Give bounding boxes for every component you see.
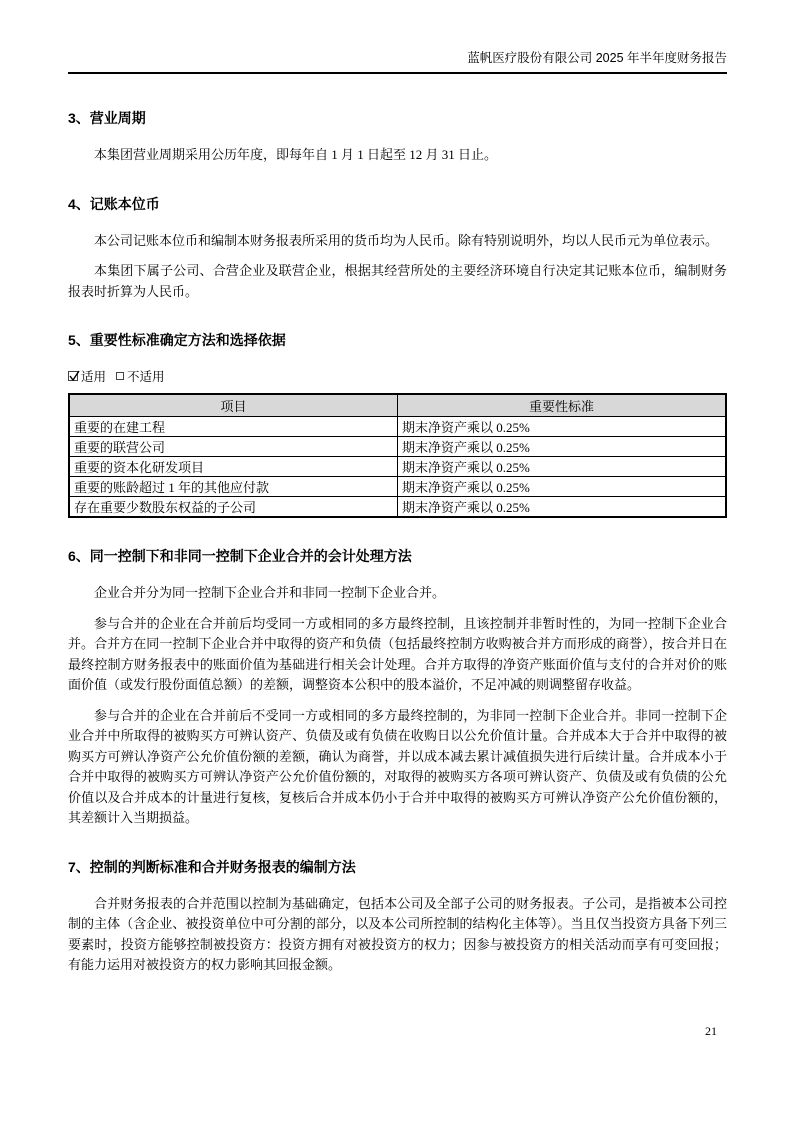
table-cell-criteria: 期末净资产乘以 0.25% xyxy=(398,457,727,477)
not-applicable-label: 不适用 xyxy=(127,367,165,385)
table-cell-criteria: 期末净资产乘以 0.25% xyxy=(398,477,727,497)
paragraph: 本公司记账本位币和编制本财务报表所采用的货币均为人民币。除有特别说明外，均以人民… xyxy=(68,231,727,252)
table-row: 存在重要少数股东权益的子公司 期末净资产乘以 0.25% xyxy=(69,497,726,518)
page-header: 蓝帆医疗股份有限公司 2025 年半年度财务报告 xyxy=(68,0,727,74)
applicability-row: 适用 不适用 xyxy=(68,367,727,385)
not-applicable-option: 不适用 xyxy=(116,367,165,385)
table-cell-item: 重要的账龄超过 1 年的其他应付款 xyxy=(69,477,398,497)
section-heading: 4、记账本位币 xyxy=(68,196,727,213)
section-materiality-criteria: 5、重要性标准确定方法和选择依据 适用 不适用 项目 xyxy=(68,332,727,518)
table-cell-criteria: 期末净资产乘以 0.25% xyxy=(398,437,727,457)
checkbox-unchecked-icon xyxy=(116,372,124,380)
table-row: 重要的在建工程 期末净资产乘以 0.25% xyxy=(69,417,726,437)
materiality-table: 项目 重要性标准 重要的在建工程 期末净资产乘以 0.25% 重要的联营公司 期… xyxy=(68,393,727,518)
section-heading: 6、同一控制下和非同一控制下企业合并的会计处理方法 xyxy=(68,548,727,565)
section-heading: 5、重要性标准确定方法和选择依据 xyxy=(68,332,727,349)
table-row: 重要的账龄超过 1 年的其他应付款 期末净资产乘以 0.25% xyxy=(69,477,726,497)
section-business-combinations: 6、同一控制下和非同一控制下企业合并的会计处理方法 企业合并分为同一控制下企业合… xyxy=(68,548,727,829)
table-cell-item: 重要的联营公司 xyxy=(69,437,398,457)
table-row: 重要的资本化研发项目 期末净资产乘以 0.25% xyxy=(69,457,726,477)
paragraph: 合并财务报表的合并范围以控制为基础确定，包括本公司及全部子公司的财务报表。子公司… xyxy=(68,894,727,976)
document-title: 蓝帆医疗股份有限公司 2025 年半年度财务报告 xyxy=(68,50,727,66)
table-cell-criteria: 期末净资产乘以 0.25% xyxy=(398,417,727,437)
paragraph: 本集团下属子公司、合营企业及联营企业，根据其经营所处的主要经济环境自行决定其记账… xyxy=(68,261,727,302)
paragraph: 本集团营业周期采用公历年度，即每年自 1 月 1 日起至 12 月 31 日止。 xyxy=(68,145,727,166)
document-page: 蓝帆医疗股份有限公司 2025 年半年度财务报告 3、营业周期 本集团营业周期采… xyxy=(0,0,793,1122)
header-divider xyxy=(68,72,727,74)
table-cell-item: 重要的资本化研发项目 xyxy=(69,457,398,477)
paragraph: 企业合并分为同一控制下企业合并和非同一控制下企业合并。 xyxy=(68,583,727,604)
table-header-item: 项目 xyxy=(69,394,398,417)
table-cell-item: 重要的在建工程 xyxy=(69,417,398,437)
table-header-criteria: 重要性标准 xyxy=(398,394,727,417)
table-cell-criteria: 期末净资产乘以 0.25% xyxy=(398,497,727,518)
section-control-criteria: 7、控制的判断标准和合并财务报表的编制方法 合并财务报表的合并范围以控制为基础确… xyxy=(68,859,727,976)
table-header-row: 项目 重要性标准 xyxy=(69,394,726,417)
table-row: 重要的联营公司 期末净资产乘以 0.25% xyxy=(69,437,726,457)
paragraph: 参与合并的企业在合并前后不受同一方或相同的多方最终控制的，为非同一控制下企业合并… xyxy=(68,706,727,829)
document-content: 3、营业周期 本集团营业周期采用公历年度，即每年自 1 月 1 日起至 12 月… xyxy=(68,110,727,976)
table-cell-item: 存在重要少数股东权益的子公司 xyxy=(69,497,398,518)
section-heading: 3、营业周期 xyxy=(68,110,727,127)
section-operating-cycle: 3、营业周期 本集团营业周期采用公历年度，即每年自 1 月 1 日起至 12 月… xyxy=(68,110,727,166)
page-number: 21 xyxy=(705,1024,717,1039)
section-heading: 7、控制的判断标准和合并财务报表的编制方法 xyxy=(68,859,727,876)
applicable-label: 适用 xyxy=(81,367,106,385)
checkbox-checked-icon xyxy=(68,371,78,381)
paragraph: 参与合并的企业在合并前后均受同一方或相同的多方最终控制，且该控制并非暂时性的，为… xyxy=(68,614,727,696)
section-functional-currency: 4、记账本位币 本公司记账本位币和编制本财务报表所采用的货币均为人民币。除有特别… xyxy=(68,196,727,303)
applicable-option: 适用 xyxy=(68,367,106,385)
